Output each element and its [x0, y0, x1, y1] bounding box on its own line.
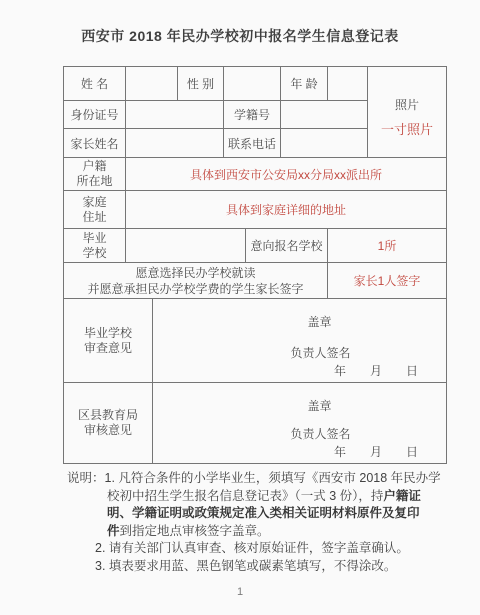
bureau-date-label: 年 月 日	[153, 443, 446, 460]
photo-cell: 照片 一寸照片	[368, 67, 447, 158]
id-number-input-cell[interactable]	[126, 101, 224, 129]
document-page: 西安市 2018 年民办学校初中报名学生信息登记表 姓 名 性 别 年 龄 照片…	[0, 0, 480, 615]
notes-line-3: 明、学籍证明或政策规定准入类相关证明材料原件及复印	[107, 505, 449, 523]
school-sign-label: 负责人签名	[153, 344, 446, 361]
id-number-label: 身份证号	[64, 101, 126, 129]
bureau-review-area[interactable]: 盖章 负责人签名 年 月 日	[153, 383, 447, 464]
graduate-school-input-cell[interactable]	[126, 229, 246, 263]
photo-label: 照片	[395, 96, 419, 113]
name-label: 姓 名	[64, 67, 126, 101]
pledge-line2: 并愿意承担民办学校学费的学生家长签字	[64, 281, 327, 297]
parent-name-label: 家长姓名	[64, 129, 126, 158]
residence-hint: 具体到西安市公安局xx分局xx派出所	[190, 168, 382, 182]
document-title: 西安市 2018 年民办学校初中报名学生信息登记表	[0, 0, 480, 46]
gender-label: 性 别	[178, 67, 224, 101]
gender-input-cell[interactable]	[224, 67, 281, 101]
row-parent-pledge: 愿意选择民办学校就读 并愿意承担民办学校学费的学生家长签字 家长1人签字	[64, 263, 447, 299]
school-date-label: 年 月 日	[153, 362, 446, 379]
student-id-label: 学籍号	[224, 101, 281, 129]
home-address-label: 家庭 住址	[64, 191, 126, 229]
bureau-review-label: 区县教育局 审核意见	[64, 383, 153, 464]
home-address-input-cell[interactable]: 具体到家庭详细的地址	[126, 191, 447, 229]
age-input-cell[interactable]	[328, 67, 368, 101]
row-school-review: 毕业学校 审查意见 盖章 负责人签名 年 月 日	[64, 299, 447, 383]
pledge-line1: 愿意选择民办学校就读	[64, 265, 327, 281]
name-input-cell[interactable]	[126, 67, 178, 101]
parent-signature-hint: 家长1人签字	[354, 274, 421, 288]
bureau-seal-label: 盖章	[153, 397, 446, 414]
age-label: 年 龄	[281, 67, 328, 101]
notes-line-1: 说明：1. 凡符合条件的小学毕业生，须填写《西安市 2018 年民办学	[67, 470, 449, 488]
row-bureau-review: 区县教育局 审核意见 盖章 负责人签名 年 月 日	[64, 383, 447, 464]
row-graduate-school: 毕业 学校 意向报名学校 1所	[64, 229, 447, 263]
graduate-school-label: 毕业 学校	[64, 229, 126, 263]
phone-input-cell[interactable]	[281, 129, 368, 158]
page-number: 1	[0, 586, 480, 598]
residence-input-cell[interactable]: 具体到西安市公安局xx分局xx派出所	[126, 158, 447, 191]
notes-item1-line3-bold: 明、学籍证明或政策规定准入类相关证明材料原件及复印	[107, 506, 420, 520]
row-home-address: 家庭 住址 具体到家庭详细的地址	[64, 191, 447, 229]
notes-item-2: 2. 请有关部门认真审查、核对原始证件，签字盖章确认。	[95, 540, 449, 558]
notes-item1-line1: 1. 凡符合条件的小学毕业生，须填写《西安市 2018 年民办学	[105, 471, 441, 485]
notes-label: 说明：	[67, 471, 105, 485]
notes-item1-line4-bold: 件	[107, 524, 120, 538]
notes-item1-line2-normal: 校初中招生学生报名信息登记表》（一式 3 份），持	[107, 489, 383, 503]
school-review-area[interactable]: 盖章 负责人签名 年 月 日	[153, 299, 447, 383]
residence-label: 户籍 所在地	[64, 158, 126, 191]
photo-hint: 一寸照片	[381, 119, 433, 138]
parent-name-input-cell[interactable]	[126, 129, 224, 158]
registration-form-table: 姓 名 性 别 年 龄 照片 一寸照片 身份证号 学籍号 家长姓名 联系电话	[63, 66, 447, 464]
notes-item1-line4-normal: 到指定地点审核签字盖章。	[120, 524, 270, 538]
school-review-label: 毕业学校 审查意见	[64, 299, 153, 383]
bureau-sign-label: 负责人签名	[153, 425, 446, 442]
home-address-hint: 具体到家庭详细的地址	[226, 203, 346, 217]
notes-section: 说明：1. 凡符合条件的小学毕业生，须填写《西安市 2018 年民办学 校初中招…	[67, 470, 449, 575]
phone-label: 联系电话	[224, 129, 281, 158]
intended-school-label: 意向报名学校	[246, 229, 328, 263]
row-name-gender-age: 姓 名 性 别 年 龄 照片 一寸照片	[64, 67, 447, 101]
pledge-text: 愿意选择民办学校就读 并愿意承担民办学校学费的学生家长签字	[64, 263, 328, 299]
notes-line-2: 校初中招生学生报名信息登记表》（一式 3 份），持户籍证	[107, 488, 449, 506]
parent-signature-cell[interactable]: 家长1人签字	[328, 263, 447, 299]
notes-line-4: 件到指定地点审核签字盖章。	[107, 523, 449, 541]
student-id-input-cell[interactable]	[281, 101, 368, 129]
intended-school-input-cell[interactable]: 1所	[328, 229, 447, 263]
notes-item-3: 3. 填表要求用蓝、黑色钢笔或碳素笔填写，不得涂改。	[95, 558, 449, 576]
school-seal-label: 盖章	[153, 313, 446, 330]
notes-item1-line2-bold: 户籍证	[383, 489, 421, 503]
intended-school-hint: 1所	[378, 239, 397, 253]
row-residence: 户籍 所在地 具体到西安市公安局xx分局xx派出所	[64, 158, 447, 191]
